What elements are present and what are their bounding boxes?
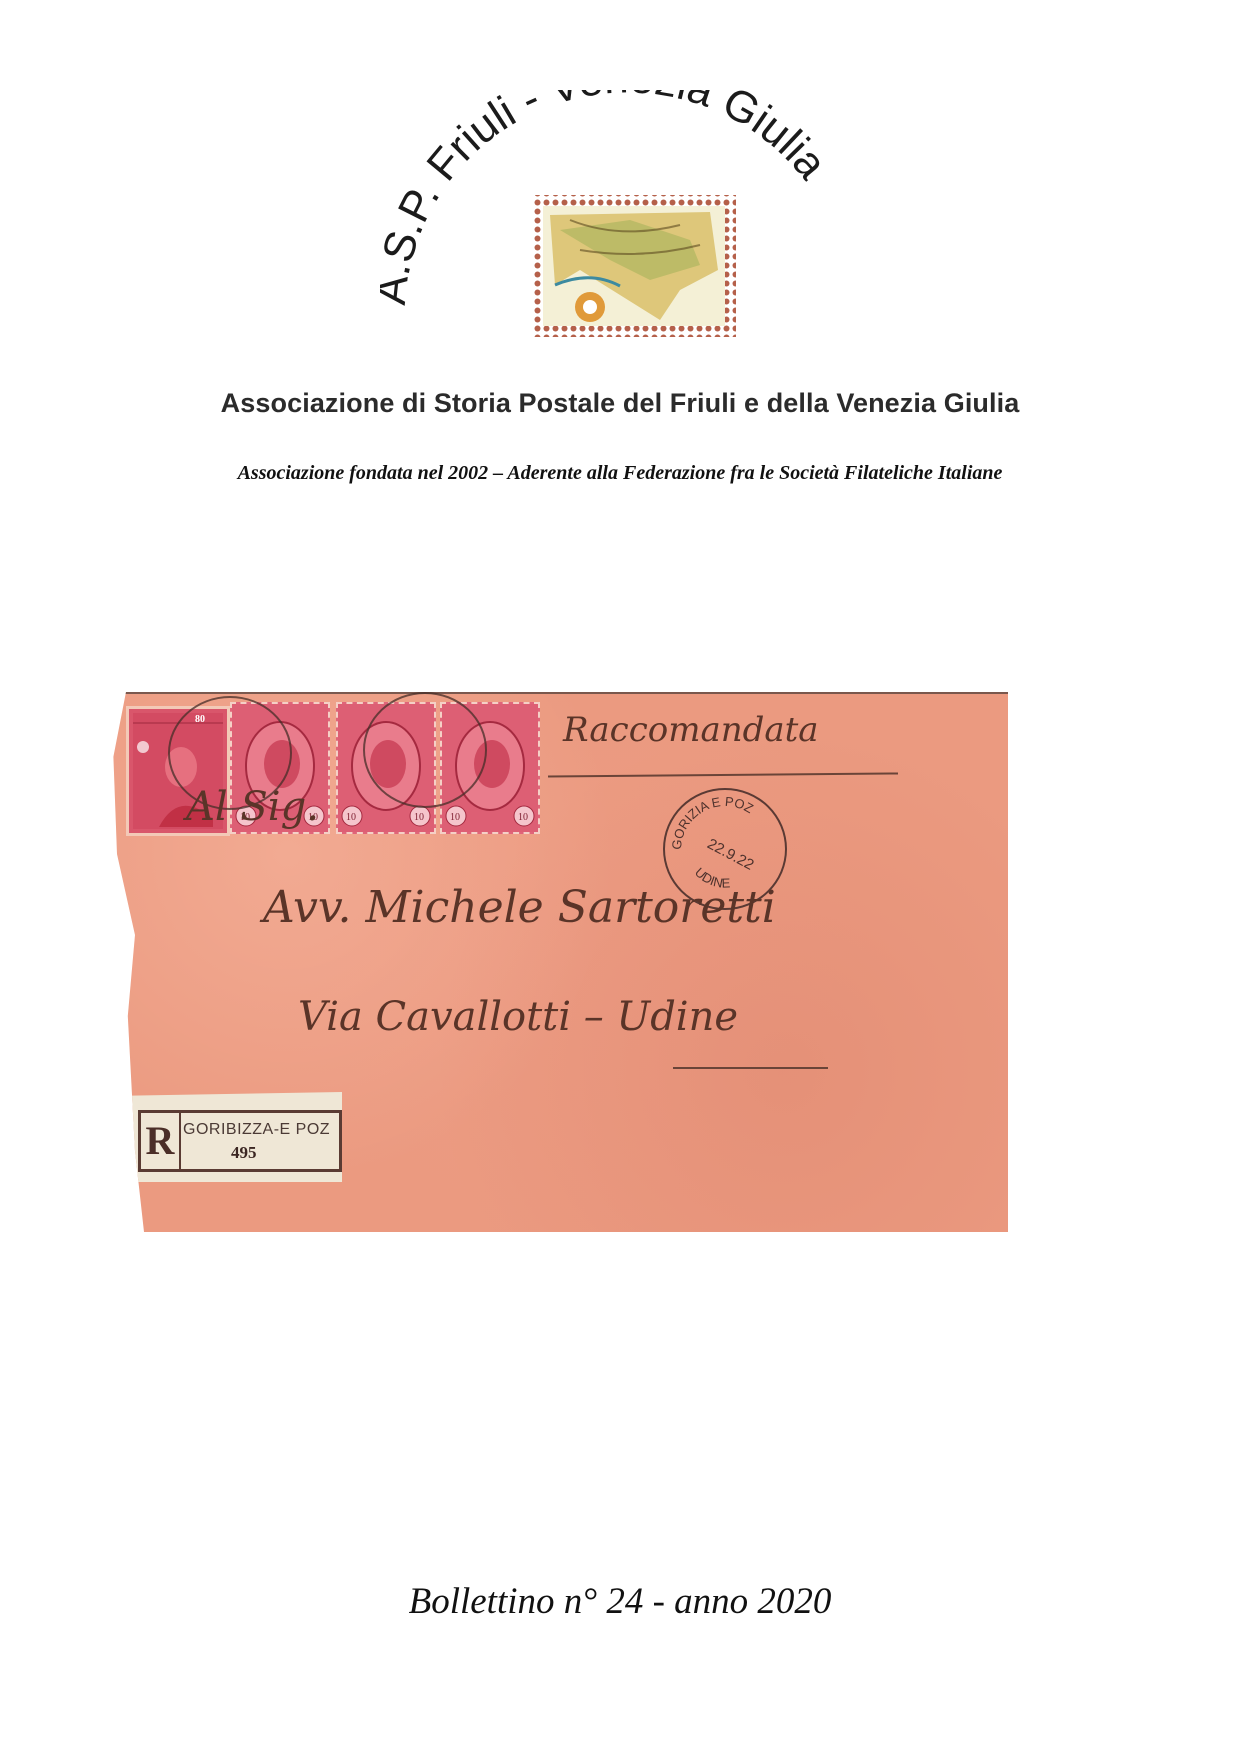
- handwritten-raccomandata: Raccomandata: [563, 710, 819, 750]
- handwritten-recipient: Avv. Michele Sartoretti: [263, 882, 776, 933]
- svg-text:10: 10: [450, 812, 460, 823]
- association-logo: A.S.P. Friuli - Venezia Giulia: [380, 90, 880, 360]
- registration-office: GORIBIZZA-E POZ: [183, 1121, 330, 1139]
- logo-emblem: A.S.P. Friuli - Venezia Giulia: [380, 90, 880, 360]
- registration-box: R GORIBIZZA-E POZ 495: [138, 1110, 342, 1172]
- organization-subtitle: Associazione fondata nel 2002 – Aderente…: [0, 462, 1240, 485]
- svg-text:10: 10: [346, 812, 356, 823]
- bulletin-title: Bollettino n° 24 - anno 2020: [0, 1580, 1240, 1623]
- svg-text:10: 10: [518, 812, 528, 823]
- underline: [548, 772, 898, 777]
- svg-text:10: 10: [414, 812, 424, 823]
- registration-letter: R: [141, 1113, 181, 1169]
- envelope-edge: [108, 692, 1008, 694]
- udine-postmark: [363, 692, 487, 808]
- handwritten-address: Via Cavallotti – Udine: [298, 994, 738, 1040]
- handwritten-salutation: Al Sig.: [186, 784, 319, 830]
- registration-number: 495: [231, 1143, 257, 1163]
- svg-text:22.9.22: 22.9.22: [704, 835, 756, 874]
- organization-name: Associazione di Storia Postale del Friul…: [0, 388, 1240, 419]
- registration-label: R GORIBIZZA-E POZ 495: [130, 1092, 342, 1182]
- underline: [673, 1067, 828, 1069]
- cover-envelope-image: 80 10 10 10 10 10: [108, 692, 1008, 1232]
